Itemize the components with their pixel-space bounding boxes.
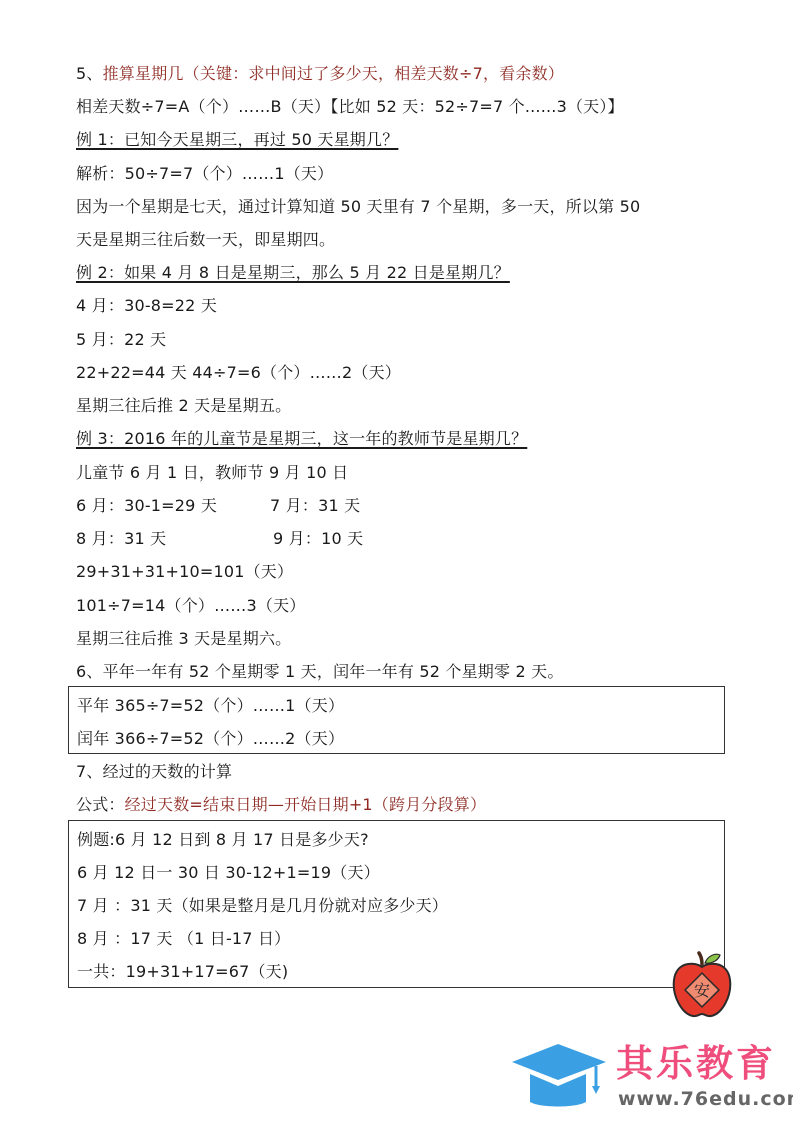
example1-question: 例 1：已知今天星期三，再过 50 天星期几？ <box>76 129 398 151</box>
example2-line-2: 5 月：22 天 <box>76 329 166 351</box>
section6-box: 平年 365÷7=52（个）……1（天） 闰年 366÷7=52（个）……2（天… <box>68 686 725 754</box>
example3-question: 例 3：2016 年的儿童节是星期三，这一年的教师节是星期几？ <box>76 428 527 450</box>
brand-logo: 其乐教育 www.76edu.com <box>510 1040 790 1115</box>
example3-row2-right: 7 月：31 天 <box>270 495 360 517</box>
example3-line-1: 儿童节 6 月 1 日，教师节 9 月 10 日 <box>76 462 348 484</box>
example3-row3-left: 8 月：31 天 <box>76 528 166 550</box>
example1-line-2: 因为一个星期是七天，通过计算知道 50 天里有 7 个星期，多一天，所以第 50 <box>76 196 640 218</box>
section5-formula: 相差天数÷7=A（个）……B（天）【比如 52 天：52÷7=7 个......… <box>76 96 624 118</box>
example3-line-5: 101÷7=14（个）……3（天） <box>76 595 305 617</box>
example3-row2-left: 6 月：30-1=29 天 <box>76 495 217 517</box>
section6-box-line-1: 平年 365÷7=52（个）……1（天） <box>77 695 344 717</box>
example2-question: 例 2：如果 4 月 8 日是星期三，那么 5 月 22 日是星期几？ <box>76 262 510 284</box>
example1-line-1: 解析：50÷7=7（个）……1（天） <box>76 163 333 185</box>
section7-box-line-1: 例题:6 月 12 日到 8 月 17 日是多少天? <box>77 829 369 851</box>
section7-formula-line: 公式：经过天数=结束日期—开始日期+1（跨月分段算） <box>76 794 486 816</box>
section7-box-line-2: 6 月 12 日一 30 日 30-12+1=19（天） <box>77 862 380 884</box>
example2-line-1: 4 月：30-8=22 天 <box>76 295 217 317</box>
example2-line-3: 22+22=44 天 44÷7=6（个）……2（天） <box>76 362 401 384</box>
section7-box-line-4: 8 月 ：17 天 （1 日-17 日） <box>77 928 290 950</box>
brand-title: 其乐教育 <box>616 1042 776 1086</box>
example3-line-6: 星期三往后推 3 天是星期六。 <box>76 628 291 650</box>
graduation-cap-icon <box>510 1040 610 1112</box>
example1-line-3: 天是星期三往后数一天，即星期四。 <box>76 229 335 251</box>
example3-row3-right: 9 月：10 天 <box>273 528 363 550</box>
example2-line-4: 星期三往后推 2 天是星期五。 <box>76 395 291 417</box>
section7-box-line-5: 一共：19+31+17=67（天) <box>77 961 288 983</box>
section7-formula: 经过天数=结束日期—开始日期+1（跨月分段算） <box>125 795 487 814</box>
section5-number: 5、 <box>76 64 103 83</box>
stamp-character: 安 <box>694 981 710 1000</box>
example3-line-4: 29+31+31+10=101（天） <box>76 561 293 583</box>
section6-box-line-2: 闰年 366÷7=52（个）……2（天） <box>77 728 344 750</box>
section7-formula-label: 公式： <box>76 795 125 814</box>
section7-title: 7、经过的天数的计算 <box>76 761 232 783</box>
section5-title: 推算星期几（关键：求中间过了多少天，相差天数÷7，看余数） <box>103 64 564 83</box>
section7-box-line-3: 7 月 ：31 天（如果是整月是几月份就对应多少天） <box>77 895 448 917</box>
brand-url: www.76edu.com <box>618 1088 793 1110</box>
section7-box: 例题:6 月 12 日到 8 月 17 日是多少天? 6 月 12 日一 30 … <box>68 820 725 988</box>
section5-heading: 5、推算星期几（关键：求中间过了多少天，相差天数÷7，看余数） <box>76 63 564 85</box>
section6-title: 6、平年一年有 52 个星期零 1 天，闰年一年有 52 个星期零 2 天。 <box>76 661 564 683</box>
apple-stamp-icon: 安 <box>668 950 736 1020</box>
